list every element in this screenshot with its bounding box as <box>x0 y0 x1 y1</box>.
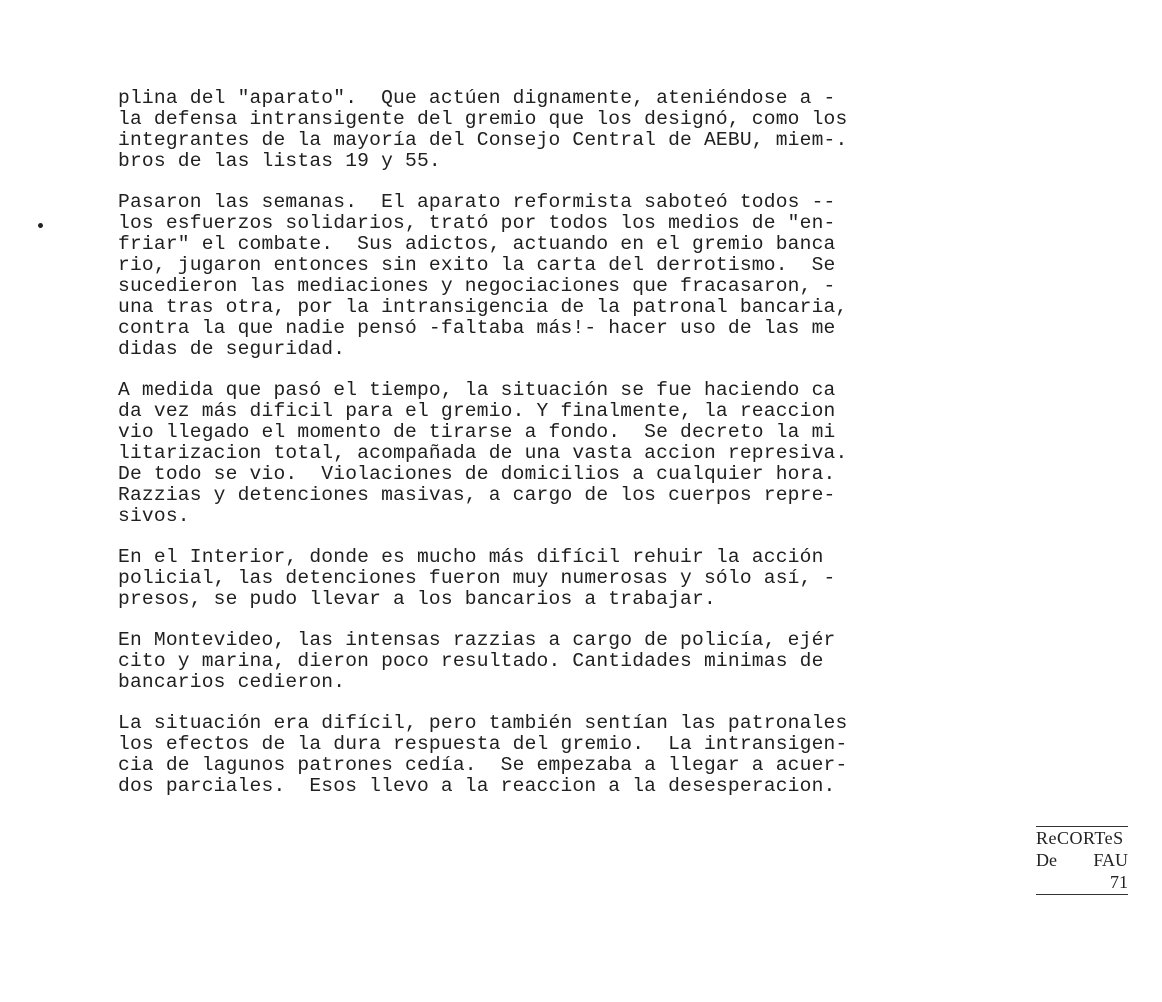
paragraph-4: En el Interior, donde es mucho más difíc… <box>118 547 1038 610</box>
paragraph-2: Pasaron las semanas. El aparato reformis… <box>118 192 1038 360</box>
text-line: La situación era difícil, pero también s… <box>118 713 1038 734</box>
text-line: policial, las detenciones fueron muy num… <box>118 568 1038 589</box>
text-line: Pasaron las semanas. El aparato reformis… <box>118 192 1038 213</box>
text-line: Razzias y detenciones masivas, a cargo d… <box>118 485 1038 506</box>
paragraph-1: plina del "aparato". Que actúen dignamen… <box>118 88 1038 172</box>
paragraph-6: La situación era difícil, pero también s… <box>118 713 1038 797</box>
text-line: plina del "aparato". Que actúen dignamen… <box>118 88 1038 109</box>
margin-mark <box>37 222 43 228</box>
text-line: bros de las listas 19 y 55. <box>118 151 1038 172</box>
text-line: presos, se pudo llevar a los bancarios a… <box>118 589 1038 610</box>
text-line: vio llegado el momento de tirarse a fond… <box>118 422 1038 443</box>
text-line: rio, jugaron entonces sin exito la carta… <box>118 255 1038 276</box>
text-line: los esfuerzos solidarios, trató por todo… <box>118 213 1038 234</box>
text-line: integrantes de la mayoría del Consejo Ce… <box>118 130 1038 151</box>
stamp-fau: FAU <box>1093 849 1128 871</box>
text-line: sivos. <box>118 506 1038 527</box>
text-line: En el Interior, donde es mucho más difíc… <box>118 547 1038 568</box>
text-line: litarizacion total, acompañada de una va… <box>118 443 1038 464</box>
archive-stamp: ReCORTeS De FAU 71 <box>1036 826 1128 895</box>
text-line: cia de lagunos patrones cedía. Se empeza… <box>118 755 1038 776</box>
text-line: contra la que nadie pensó -faltaba más!-… <box>118 318 1038 339</box>
text-line: A medida que pasó el tiempo, la situació… <box>118 380 1038 401</box>
text-line: didas de seguridad. <box>118 339 1038 360</box>
paragraph-5: En Montevideo, las intensas razzias a ca… <box>118 630 1038 693</box>
text-line: bancarios cedieron. <box>118 672 1038 693</box>
stamp-source-row: De FAU <box>1036 849 1128 871</box>
text-line: dos parciales. Esos llevo a la reaccion … <box>118 776 1038 797</box>
document-page: plina del "aparato". Que actúen dignamen… <box>0 0 1162 1002</box>
text-line: friar" el combate. Sus adictos, actuando… <box>118 234 1038 255</box>
text-line: De todo se vio. Violaciones de domicilio… <box>118 464 1038 485</box>
text-line: sucedieron las mediaciones y negociacion… <box>118 276 1038 297</box>
text-line: En Montevideo, las intensas razzias a ca… <box>118 630 1038 651</box>
text-line: los efectos de la dura respuesta del gre… <box>118 734 1038 755</box>
paragraph-3: A medida que pasó el tiempo, la situació… <box>118 380 1038 527</box>
stamp-title: ReCORTeS <box>1036 826 1128 849</box>
stamp-de: De <box>1036 849 1057 871</box>
text-line: da vez más dificil para el gremio. Y fin… <box>118 401 1038 422</box>
page-number: 71 <box>1036 871 1128 895</box>
document-body: plina del "aparato". Que actúen dignamen… <box>118 88 1038 817</box>
text-line: la defensa intransigente del gremio que … <box>118 109 1038 130</box>
text-line: cito y marina, dieron poco resultado. Ca… <box>118 651 1038 672</box>
text-line: una tras otra, por la intransigencia de … <box>118 297 1038 318</box>
